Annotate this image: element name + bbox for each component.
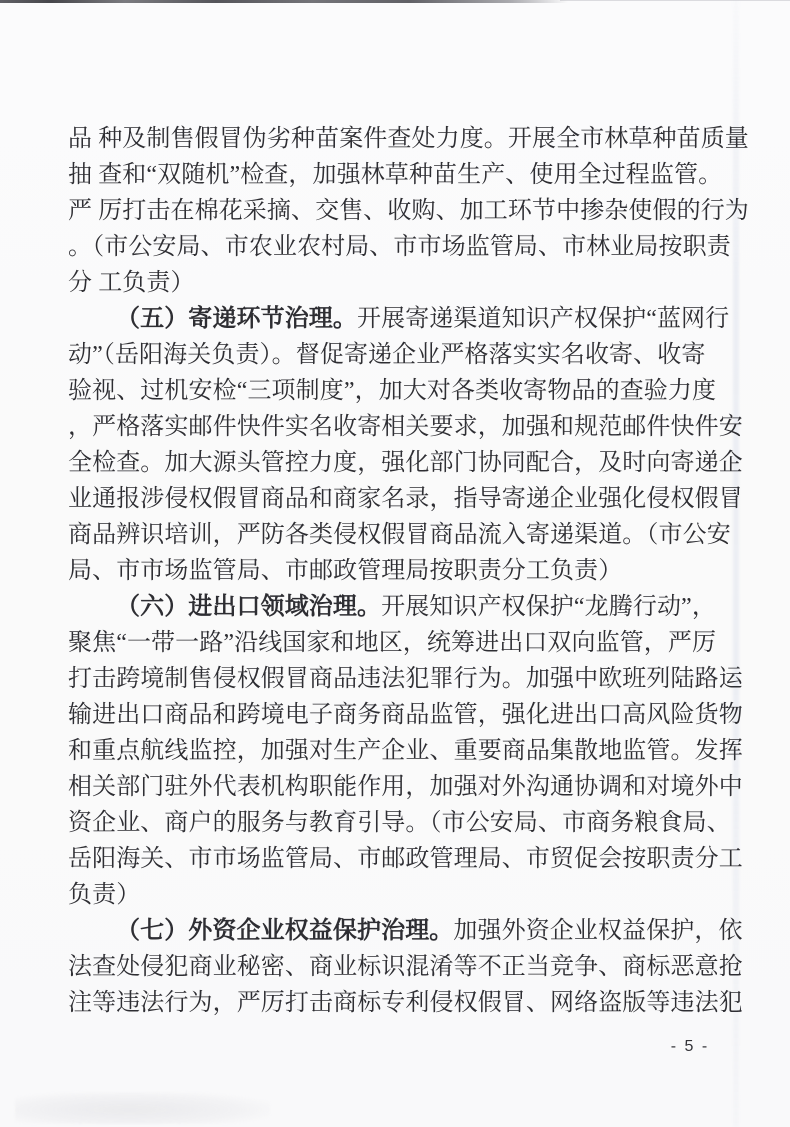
section-heading-line: （五）寄递环节治理。开展寄递渠道知识产权保护“蓝网行 xyxy=(68,301,748,337)
section-heading: （六）进出口领域治理。 xyxy=(116,594,381,620)
text-line: 业通报涉侵权假冒商品和商家名录，指导寄递企业强化侵权假冒 xyxy=(68,481,748,517)
text-line: 动”（岳阳海关负责）。督促寄递企业严格落实实名收寄、收寄 xyxy=(68,337,748,373)
text-line: 打击跨境制售侵权假冒商品违法犯罪行为。加强中欧班列陆路运 xyxy=(68,661,748,697)
document-text: 品 种及制售假冒伪劣种苗案件查处力度。开展全市林草种苗质量抽 查和“双随机”检查… xyxy=(68,121,748,1021)
text-line: 严 厉打击在棉花采摘、交售、收购、加工环节中掺杂使假的行为 xyxy=(68,193,748,229)
text-line: 输进出口商品和跨境电子商务商品监管，强化进出口高风险货物 xyxy=(68,697,748,733)
section-heading-line: （六）进出口领域治理。开展知识产权保护“龙腾行动”， xyxy=(68,589,748,625)
paragraph-block: 品 种及制售假冒伪劣种苗案件查处力度。开展全市林草种苗质量抽 查和“双随机”检查… xyxy=(68,121,748,301)
text-line: 商品辨识培训，严防各类侵权假冒商品流入寄递渠道。（市公安 xyxy=(68,517,748,553)
section-block: （七）外资企业权益保护治理。加强外资企业权益保护，依法查处侵犯商业秘密、商业标识… xyxy=(68,913,748,1021)
scan-edge-artifact xyxy=(0,0,568,3)
text-line: 品 种及制售假冒伪劣种苗案件查处力度。开展全市林草种苗质量 xyxy=(68,121,748,157)
scan-edge-artifact-thin xyxy=(560,0,790,1)
text-line: 分 工负责） xyxy=(68,265,748,301)
page-number: - 5 - xyxy=(650,1038,730,1056)
section-block: （五）寄递环节治理。开展寄递渠道知识产权保护“蓝网行动”（岳阳海关负责）。督促寄… xyxy=(68,301,748,589)
text-line: 注等违法行为，严厉打击商标专利侵权假冒、网络盗版等违法犯 xyxy=(68,985,748,1021)
text-line: 。（市公安局、市农业农村局、市市场监管局、市林业局按职责 xyxy=(68,229,748,265)
text-line: 全检查。加大源头管控力度，强化部门协同配合，及时向寄递企 xyxy=(68,445,748,481)
text-line: 聚焦“一带一路”沿线国家和地区，统筹进出口双向监管，严厉 xyxy=(68,625,748,661)
text-line: 抽 查和“双随机”检查，加强林草种苗生产、使用全过程监管。 xyxy=(68,157,748,193)
section-lead-text: 加强外资企业权益保护，依 xyxy=(453,918,742,944)
section-heading: （七）外资企业权益保护治理。 xyxy=(116,918,453,944)
text-line: 负责） xyxy=(68,877,748,913)
text-line: 资企业、商户的服务与教育引导。（市公安局、市商务粮食局、 xyxy=(68,805,748,841)
section-heading-line: （七）外资企业权益保护治理。加强外资企业权益保护，依 xyxy=(68,913,748,949)
text-line: 法查处侵犯商业秘密、商业标识混淆等不正当竞争、商标恶意抢 xyxy=(68,949,748,985)
text-line: 验视、过机安检“三项制度”，加大对各类收寄物品的查验力度 xyxy=(68,373,748,409)
scanned-document-page: 品 种及制售假冒伪劣种苗案件查处力度。开展全市林草种苗质量抽 查和“双随机”检查… xyxy=(0,0,790,1127)
text-line: 岳阳海关、市市场监管局、市邮政管理局、市贸促会按职责分工 xyxy=(68,841,748,877)
section-lead-text: 开展知识产权保护“龙腾行动”， xyxy=(381,594,716,620)
text-line: 相关部门驻外代表机构职能作用，加强对外沟通协调和对境外中 xyxy=(68,769,748,805)
text-line: ，严格落实邮件快件实名收寄相关要求，加强和规范邮件快件安 xyxy=(68,409,748,445)
scan-smudge-artifact xyxy=(15,1092,270,1124)
section-lead-text: 开展寄递渠道知识产权保护“蓝网行 xyxy=(357,306,729,332)
section-heading: （五）寄递环节治理。 xyxy=(116,306,357,332)
text-line: 局、市市场监管局、市邮政管理局按职责分工负责） xyxy=(68,553,748,589)
text-line: 和重点航线监控，加强对生产企业、重要商品集散地监管。发挥 xyxy=(68,733,748,769)
section-block: （六）进出口领域治理。开展知识产权保护“龙腾行动”，聚焦“一带一路”沿线国家和地… xyxy=(68,589,748,913)
